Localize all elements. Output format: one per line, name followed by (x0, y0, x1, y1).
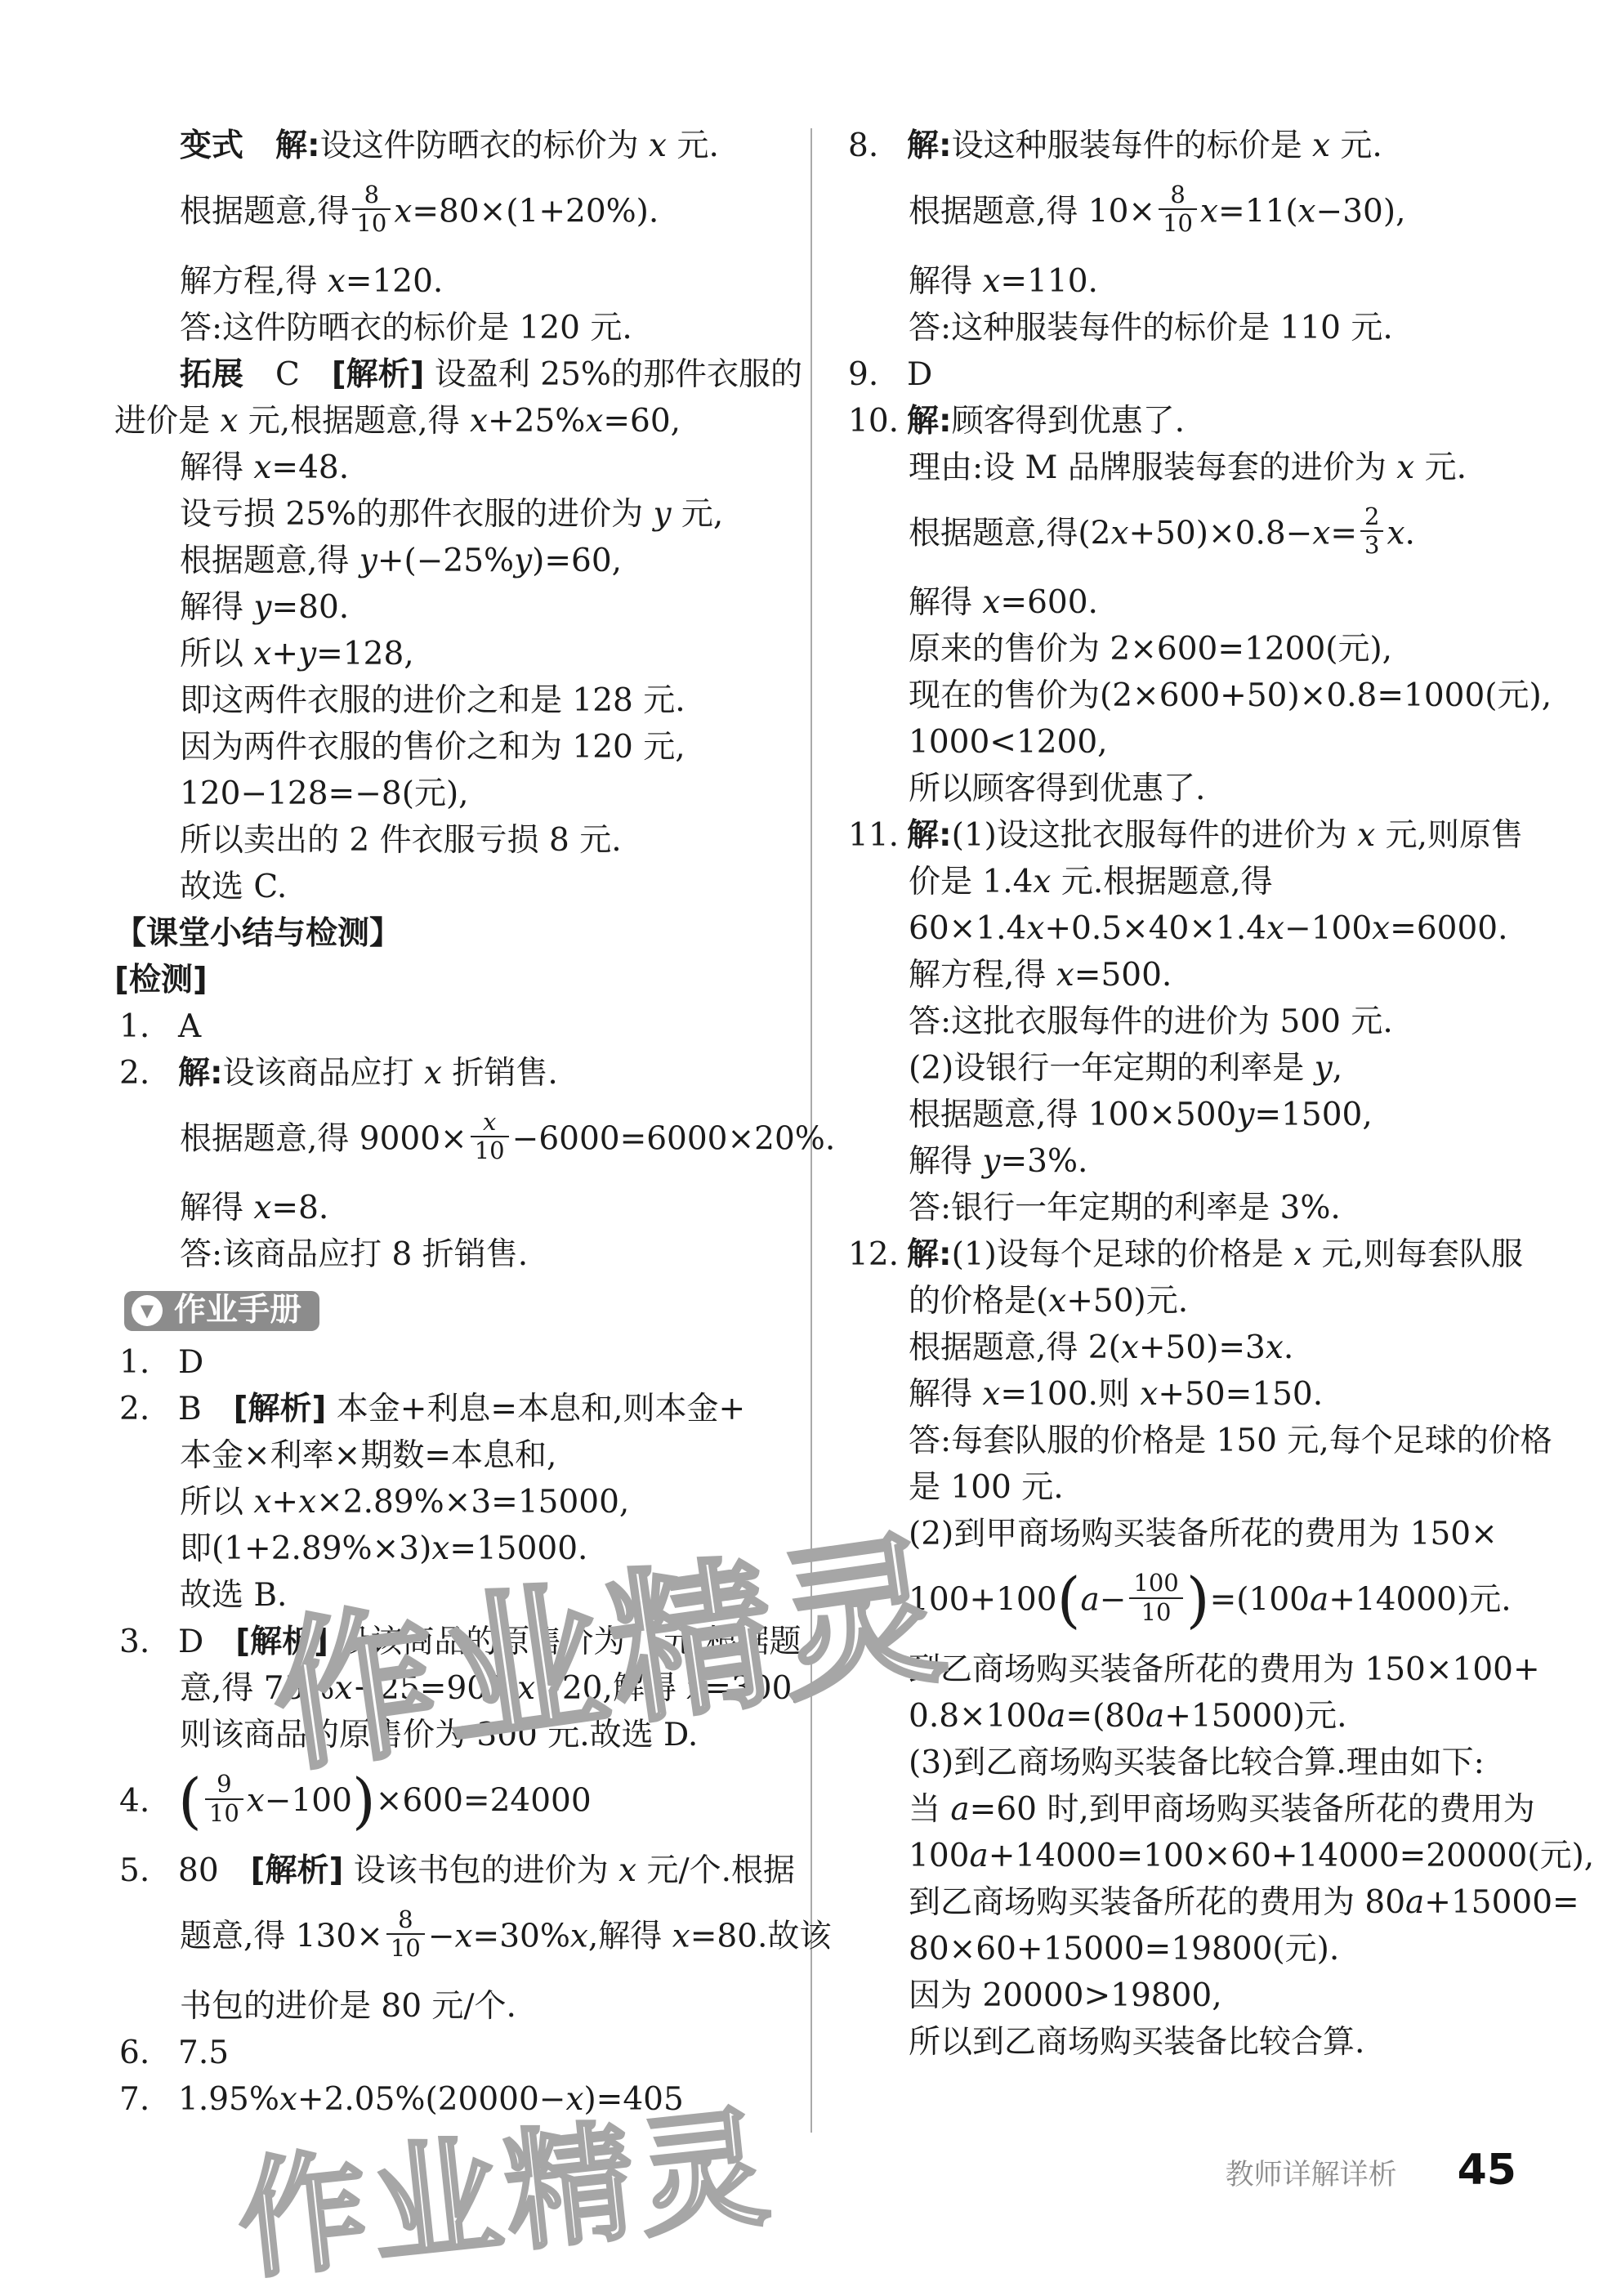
math-variable: y (359, 543, 377, 579)
footer-title: 教师详解详析 (1226, 2152, 1397, 2193)
text-line: 设亏损 25%的那件衣服的进价为 y 元, (180, 491, 780, 538)
text-line: (2)到甲商场购买装备所花的费用为 150× (909, 1511, 1525, 1557)
item-number: 2. (119, 1050, 178, 1097)
item-number: 9. (848, 351, 907, 398)
math-variable: a (1145, 1698, 1164, 1735)
fraction: x10 (471, 1109, 509, 1165)
text-line: 到乙商场购买装备所花的费用为 80a+15000= (909, 1879, 1525, 1926)
text-line: 答:这种服装每件的标价是 110 元. (909, 305, 1525, 351)
math-variable: y (514, 543, 532, 579)
bold-label: 解: (907, 817, 952, 854)
text-line: 理由:设 M 品牌服装每套的进价为 x 元. (909, 444, 1525, 491)
math-variable: y (982, 1143, 1000, 1180)
fraction-denominator: 3 (1360, 530, 1383, 559)
text-line: 即(1+2.89%×3)x=15000. (180, 1525, 780, 1572)
math-variable: x (1056, 957, 1074, 994)
item-number: 6. (119, 2030, 178, 2076)
math-variable: y (1236, 1097, 1254, 1133)
math-variable: x (618, 1852, 636, 1889)
page-footer: 教师详解详析 45 (1226, 2146, 1516, 2195)
text-line: 100+100(a−10010)=(100a+14000)元. (909, 1557, 1525, 1646)
math-variable: x (247, 1783, 265, 1820)
fraction-denominator: 10 (352, 208, 391, 237)
math-variable: y (253, 589, 271, 626)
math-variable: x (253, 636, 271, 672)
math-variable: a (1310, 1582, 1329, 1619)
math-variable: x (1298, 193, 1316, 230)
text-line: 12.解:(1)设每个足球的价格是 x 元,则每套队服 (848, 1231, 1525, 1278)
text-line: 根据题意,得(2x+50)×0.8−x=23x. (909, 491, 1525, 580)
text-line: 是 100 元. (909, 1464, 1525, 1511)
math-variable: a (950, 1791, 969, 1828)
math-variable: x (517, 1670, 535, 1707)
math-variable: x (394, 193, 412, 230)
text-line: 书包的进价是 80 元/个. (180, 1983, 780, 2030)
big-paren: ) (1186, 1566, 1210, 1636)
math-variable: x (565, 2081, 583, 2118)
fraction: 810 (352, 181, 391, 238)
text-line: 80×60+15000=19800(元). (909, 1926, 1525, 1972)
text-line: 根据题意,得 100×500y=1500, (909, 1092, 1525, 1138)
text-line: 解得 x=110. (909, 258, 1525, 305)
big-paren: ( (1057, 1566, 1081, 1636)
fraction-numerator: x (471, 1109, 509, 1136)
item-number: 2. (119, 1386, 178, 1432)
math-variable: x (298, 1484, 316, 1521)
math-variable: x (649, 127, 667, 164)
text-line: 所以 x+x×2.89%×3=15000, (180, 1479, 780, 1525)
bold-label: 解: (907, 403, 952, 440)
fraction-numerator: 100 (1129, 1570, 1182, 1597)
text-line: 因为两件衣服的售价之和为 120 元, (180, 724, 780, 771)
homework-badge: ▼作业手册 (124, 1291, 319, 1331)
bold-label: 解: (178, 1055, 223, 1092)
fraction: 910 (205, 1771, 243, 1827)
text-line: (3)到乙商场购买装备比较合算.理由如下: (909, 1740, 1525, 1786)
math-variable: x (253, 1484, 271, 1521)
math-variable: x (1200, 193, 1218, 230)
text-line: 10.解:顾客得到优惠了. (848, 398, 1525, 444)
math-variable: x (982, 584, 1000, 621)
math-variable: x (982, 263, 1000, 300)
math-variable: x (570, 1918, 588, 1954)
math-variable: x (483, 1108, 496, 1136)
math-variable: a (1405, 1884, 1424, 1921)
item-number: 1. (119, 1339, 178, 1386)
text-line: 所以 x+y=128, (180, 631, 780, 677)
math-variable: x (1266, 1329, 1284, 1366)
fraction-denominator: 10 (1129, 1597, 1182, 1626)
bold-label: [解析] (332, 356, 425, 393)
text-line: 根据题意,得 y+(−25%y)=60, (180, 538, 780, 584)
text-line: 1.A (119, 1003, 780, 1050)
math-variable: x (431, 1530, 449, 1567)
bold-label: 解: (275, 127, 320, 164)
math-variable: x (1026, 910, 1044, 947)
math-variable: a (1080, 1582, 1099, 1619)
text-line: 所以顾客得到优惠了. (909, 766, 1525, 812)
math-variable: x (1140, 1376, 1158, 1413)
text-line: 现在的售价为(2×600+50)×0.8=1000(元), (909, 672, 1525, 719)
text-line: 答:这件防晒衣的标价是 120 元. (180, 305, 780, 351)
math-variable: x (1266, 910, 1284, 947)
item-number: 5. (119, 1847, 178, 1894)
math-variable: x (220, 403, 238, 440)
text-line: (2)设银行一年定期的利率是 y, (909, 1045, 1525, 1092)
text-line: 解方程,得 x=500. (909, 952, 1525, 998)
badge-line: ▼作业手册 (124, 1289, 780, 1331)
text-line: 5.80 [解析] 设该书包的进价为 x 元/个.根据 (119, 1847, 780, 1894)
homework-badge-label: 作业手册 (174, 1294, 301, 1326)
text-line: 的价格是(x+50)元. (909, 1278, 1525, 1324)
text-line: 解得 y=80. (180, 584, 780, 631)
text-line: [检测] (114, 957, 780, 1003)
fraction: 810 (1159, 181, 1197, 238)
item-number: 10. (848, 398, 907, 444)
fraction-numerator: 8 (352, 181, 391, 208)
math-variable: x (1110, 515, 1128, 552)
text-line: 解得 x=48. (180, 444, 780, 491)
bold-label: 解: (907, 1236, 952, 1273)
item-number: 4. (119, 1778, 178, 1825)
bold-label: 拓展 (180, 356, 243, 393)
math-variable: a (969, 1838, 988, 1874)
text-line: 解方程,得 x=120. (180, 258, 780, 305)
text-line: 因为 20000>19800, (909, 1972, 1525, 2019)
math-variable: x (1121, 1329, 1139, 1366)
text-line: 变式 解:设这件防晒衣的标价为 x 元. (180, 123, 780, 169)
math-variable: x (1396, 449, 1414, 486)
text-line: 4.(910x−100)×600=24000 (119, 1758, 780, 1847)
math-variable: x (470, 403, 488, 440)
fraction-denominator: 10 (386, 1933, 425, 1962)
text-line: 根据题意,得 9000×x10−6000=6000×20%. (180, 1097, 780, 1186)
text-line: 当 a=60 时,到甲商场购买装备所花的费用为 (909, 1786, 1525, 1833)
math-variable: x (1312, 515, 1330, 552)
math-variable: y (298, 636, 316, 672)
math-variable: x (279, 2081, 297, 2118)
text-line: 3.D [解析] 设该商品的原售价为 x 元.根据题 (119, 1619, 780, 1665)
text-line: 11.解:(1)设这批衣服每件的进价为 x 元,则原售 (848, 812, 1525, 859)
fraction-denominator: 10 (471, 1136, 509, 1164)
fraction-denominator: 10 (205, 1798, 243, 1827)
math-variable: x (1387, 515, 1404, 552)
bold-label: [解析] (234, 1391, 327, 1427)
text-line: 答:每套队服的价格是 150 元,每个足球的价格 (909, 1418, 1525, 1464)
math-variable: y (653, 496, 671, 533)
text-line: 所以卖出的 2 件衣服亏损 8 元. (180, 817, 780, 864)
text-line: 2.解:设该商品应打 x 折销售. (119, 1050, 780, 1097)
math-variable: x (334, 1670, 352, 1707)
text-line: 根据题意,得810x=80×(1+20%). (180, 169, 780, 258)
text-line: 意,得 75%x+25=90%x−20,解得 x=300, (180, 1665, 780, 1712)
bold-label: [解析] (235, 1624, 328, 1660)
text-line: 1.D (119, 1339, 780, 1386)
text-line: 120−128=−8(元), (180, 771, 780, 817)
math-variable: x (1357, 817, 1375, 854)
text-line: 6.7.5 (119, 2030, 780, 2076)
text-line: 1000<1200, (909, 719, 1525, 766)
text-line: 根据题意,得 10×810x=11(x−30), (909, 169, 1525, 258)
text-line: 所以到乙商场购买装备比较合算. (909, 2019, 1525, 2066)
fraction-numerator: 8 (386, 1906, 425, 1933)
right-column: 8.解:设这种服装每件的标价是 x 元.根据题意,得 10×810x=11(x−… (843, 123, 1525, 2066)
fraction-numerator: 2 (1360, 503, 1383, 530)
text-line: 2.B [解析] 本金+利息=本息和,则本金+ (119, 1386, 780, 1432)
text-line: 【课堂小结与检测】 (114, 910, 780, 957)
big-paren: ) (352, 1767, 376, 1837)
math-variable: x (672, 1918, 690, 1954)
bold-label: [检测] (114, 962, 208, 998)
math-variable: x (982, 1376, 1000, 1413)
fraction-numerator: 8 (1159, 181, 1197, 208)
item-number: 11. (848, 812, 907, 859)
item-number: 3. (119, 1619, 178, 1665)
math-variable: x (1293, 1236, 1311, 1273)
text-line: 原来的售价为 2×600=1200(元), (909, 626, 1525, 672)
text-line: 解得 x=600. (909, 579, 1525, 626)
math-variable: x (1312, 127, 1330, 164)
fraction-numerator: 9 (205, 1771, 243, 1798)
text-line: 解得 x=100.则 x+50=150. (909, 1371, 1525, 1418)
fraction: 10010 (1129, 1570, 1182, 1626)
left-column: 变式 解:设这件防晒衣的标价为 x 元.根据题意,得810x=80×(1+20%… (114, 123, 780, 2123)
bold-label: 【课堂小结与检测】 (114, 915, 401, 952)
math-variable: x (1048, 1283, 1066, 1320)
watermark-text: 作业精灵 (231, 2092, 780, 2296)
math-variable: y (1315, 1050, 1333, 1087)
math-variable: x (636, 1624, 654, 1660)
text-line: 7.1.95%x+2.05%(20000−x)=405 (119, 2076, 780, 2123)
text-line: 答:这批衣服每件的进价为 500 元. (909, 998, 1525, 1045)
fraction-denominator: 10 (1159, 208, 1197, 237)
math-variable: a (1047, 1698, 1065, 1735)
big-paren: ( (178, 1767, 202, 1837)
bold-label: 变式 (180, 127, 243, 164)
item-number: 1. (119, 1003, 178, 1050)
triangle-down-icon: ▼ (132, 1295, 163, 1326)
text-line: 拓展 C [解析] 设盈利 25%的那件衣服的 (180, 351, 780, 398)
math-variable: x (1372, 910, 1390, 947)
text-line: 解得 x=8. (180, 1185, 780, 1231)
text-line: 进价是 x 元,根据题意,得 x+25%x=60, (114, 398, 780, 444)
text-line: 故选 C. (180, 864, 780, 910)
text-line: 9.D (848, 351, 1525, 398)
math-variable: x (686, 1670, 704, 1707)
item-number: 12. (848, 1231, 907, 1278)
item-number: 7. (119, 2076, 178, 2123)
text-line: 8.解:设这种服装每件的标价是 x 元. (848, 123, 1525, 169)
text-line: 故选 B. (180, 1572, 780, 1619)
text-line: 0.8×100a=(80a+15000)元. (909, 1693, 1525, 1740)
text-line: 本金×利率×期数=本息和, (180, 1432, 780, 1479)
text-line: 根据题意,得 2(x+50)=3x. (909, 1324, 1525, 1371)
text-line: 价是 1.4x 元.根据题意,得 (909, 859, 1525, 905)
text-line: 答:银行一年定期的利率是 3%. (909, 1185, 1525, 1231)
text-line: 答:该商品应打 8 折销售. (180, 1231, 780, 1278)
bold-label: 解: (907, 127, 952, 164)
text-line: 则该商品的原售价为 300 元.故选 D. (180, 1712, 780, 1758)
math-variable: x (455, 1918, 473, 1954)
bold-label: [解析] (251, 1852, 344, 1889)
page-number: 45 (1458, 2146, 1516, 2195)
text-line: 题意,得 130×810−x=30%x,解得 x=80.故该 (180, 1894, 780, 1983)
text-line: 到乙商场购买装备所花的费用为 150×100+ (909, 1646, 1525, 1693)
item-number: 8. (848, 123, 907, 169)
math-variable: x (253, 1190, 271, 1226)
answer-page: 变式 解:设这件防晒衣的标价为 x 元.根据题意,得810x=80×(1+20%… (0, 0, 1621, 2296)
text-line: 60×1.4x+0.5×40×1.4x−100x=6000. (909, 905, 1525, 952)
math-variable: x (328, 263, 346, 300)
math-variable: x (253, 449, 271, 486)
text-line: 即这两件衣服的进价之和是 128 元. (180, 677, 780, 724)
math-variable: x (585, 403, 603, 440)
text-line: 100a+14000=100×60+14000=20000(元), (909, 1833, 1525, 1879)
math-variable: x (424, 1055, 442, 1092)
text-line: 解得 y=3%. (909, 1138, 1525, 1185)
fraction: 810 (386, 1906, 425, 1963)
math-variable: x (1033, 864, 1051, 900)
fraction: 23 (1360, 503, 1383, 560)
